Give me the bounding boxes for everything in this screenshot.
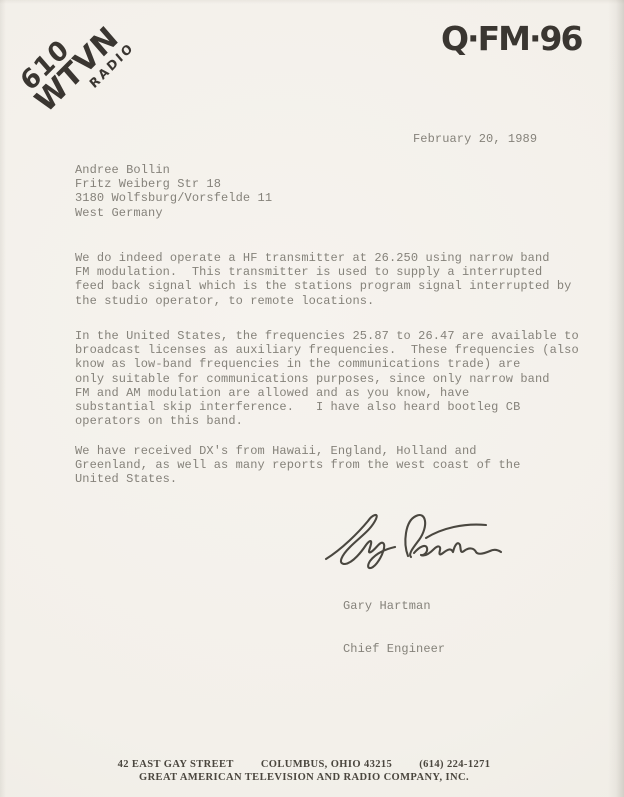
- scanned-letter-page: 610 WTVN RADIO Q·FM·96 February 20, 1989…: [0, 0, 624, 797]
- wtvn-logo-rotated-text: 610 WTVN RADIO: [15, 4, 132, 128]
- footer-contact-line: 42 EAST GAY STREET COLUMBUS, OHIO 43215 …: [0, 759, 608, 770]
- footer-phone: (614) 224-1271: [419, 759, 490, 770]
- footer-street: 42 EAST GAY STREET: [118, 759, 234, 770]
- body-paragraph-1: We do indeed operate a HF transmitter at…: [75, 251, 571, 308]
- qfm96-logo: Q·FM·96: [441, 19, 581, 58]
- body-paragraph-2: In the United States, the frequencies 25…: [75, 329, 579, 428]
- letter-date: February 20, 1989: [413, 132, 537, 146]
- letterhead-footer: 42 EAST GAY STREET COLUMBUS, OHIO 43215 …: [0, 759, 608, 783]
- footer-company-name: GREAT AMERICAN TELEVISION AND RADIO COMP…: [0, 772, 608, 783]
- signer-name: Gary Hartman: [343, 599, 445, 613]
- handwritten-signature: [316, 509, 506, 573]
- body-paragraph-3: We have received DX's from Hawaii, Engla…: [75, 444, 520, 487]
- recipient-address: Andree Bollin Fritz Weiberg Str 18 3180 …: [75, 163, 272, 220]
- wtvn-radio-logo: 610 WTVN RADIO: [12, 2, 132, 117]
- signer-title: Chief Engineer: [343, 642, 445, 656]
- footer-city: COLUMBUS, OHIO 43215: [261, 759, 392, 770]
- signer-block: Gary Hartman Chief Engineer: [343, 571, 445, 685]
